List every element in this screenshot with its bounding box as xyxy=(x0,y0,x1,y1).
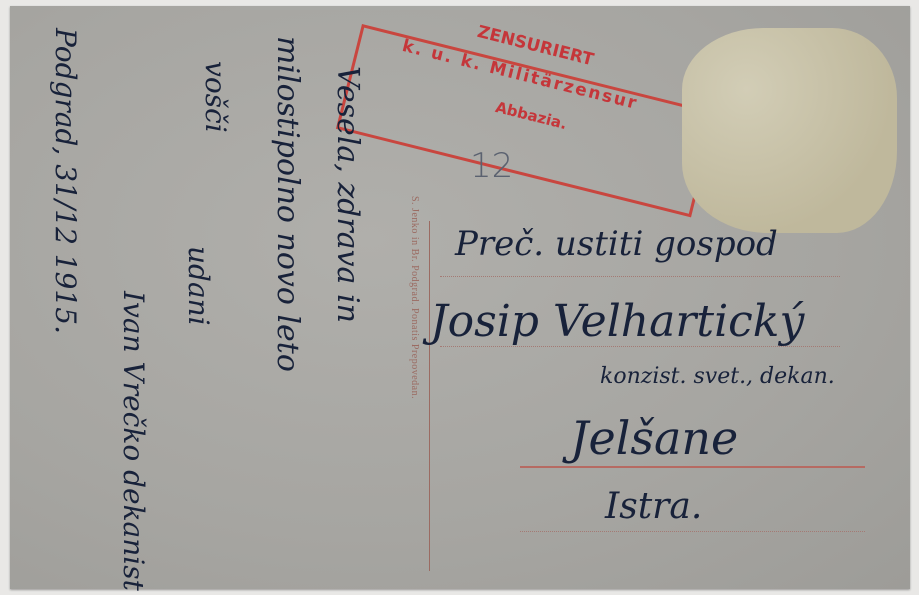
message-line-4: udani xyxy=(182,246,215,326)
address-line-1 xyxy=(440,276,840,277)
address-salutation: Preč. ustiti gospod xyxy=(455,224,778,264)
address-line-4 xyxy=(520,531,865,532)
address-town: Jelšane xyxy=(570,411,738,465)
message-line-3: vošči xyxy=(199,61,232,133)
message-line-2: milostipolno novo leto xyxy=(270,36,305,372)
message-line-1: Vesela, zdrava in xyxy=(330,66,365,323)
printer-imprint: S. Jenko in Br. Podgrad. Ponatis Prepove… xyxy=(409,196,420,399)
address-region: Istra. xyxy=(605,486,702,527)
center-divider xyxy=(429,221,430,571)
address-title: konzist. svet., dekan. xyxy=(600,364,835,389)
message-place-date: Podgrad, 31/12 1915. xyxy=(49,28,82,334)
message-signature: Ivan Vrečko dekanist xyxy=(117,291,150,591)
removed-stamp-patch xyxy=(682,28,897,233)
address-line-3 xyxy=(520,466,865,468)
address-name: Josip Velhartický xyxy=(430,296,804,347)
pencil-mark: 12 xyxy=(470,146,513,186)
postcard: ZENSURIERT k. u. k. Militärzensur Abbazi… xyxy=(10,6,910,589)
